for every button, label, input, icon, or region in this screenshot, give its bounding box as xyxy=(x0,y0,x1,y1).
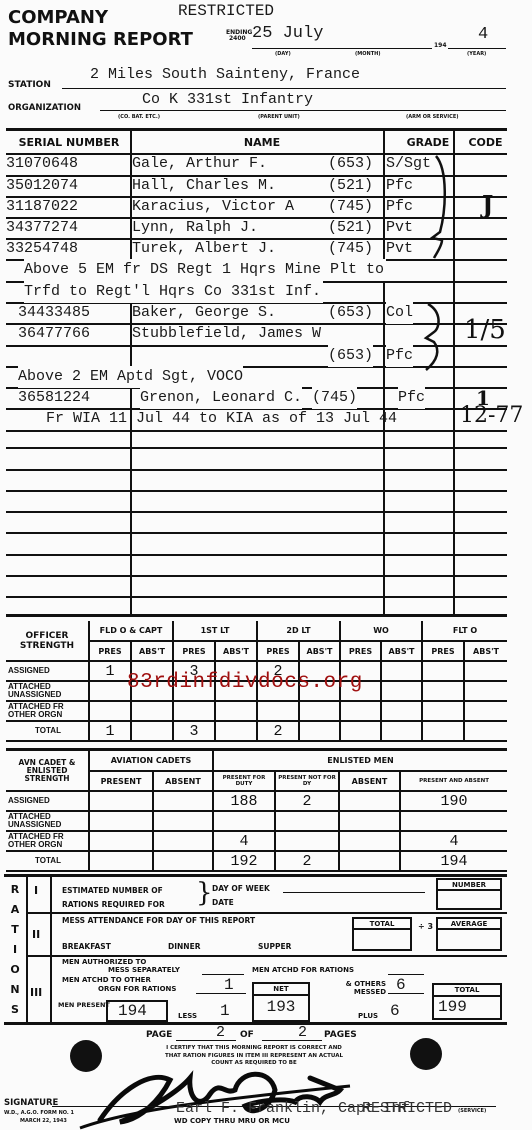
org-caption-co: (CO. BAT. ETC.) xyxy=(118,114,160,120)
value-cell xyxy=(339,831,400,851)
station-underline xyxy=(62,88,506,89)
code-handwritten: 12-77 xyxy=(460,405,523,427)
value-cell xyxy=(173,701,215,721)
men-atchd-rations-field[interactable] xyxy=(388,974,424,975)
sub-present-not-for-duty: PRESENT NOT FOR DY xyxy=(275,771,339,791)
mos-code: (521) xyxy=(328,175,373,197)
mos-code: (745) xyxy=(312,387,357,409)
rations-top-border xyxy=(4,874,507,877)
value-cell xyxy=(89,791,153,811)
less-label: LESS xyxy=(178,1012,197,1020)
grade: Col xyxy=(386,302,413,324)
value-cell: 192 xyxy=(213,851,275,871)
men-present-box[interactable]: 194 xyxy=(106,1000,168,1022)
serial-number: 34377274 xyxy=(6,217,78,239)
less-value: 1 xyxy=(220,1002,230,1020)
others-messed-label: & OTHERS MESSED xyxy=(326,980,386,996)
form-id-1: W.D., A.G.O. FORM No. 1 xyxy=(4,1110,74,1116)
mos-code: (653) xyxy=(328,345,373,367)
serial-number: 36581224 xyxy=(18,387,90,409)
value-cell xyxy=(131,701,173,721)
men-atchd-other-label-1: MEN ATCHD TO OTHER xyxy=(62,976,151,984)
roster-line xyxy=(6,511,507,513)
ending-label-2: 2400 xyxy=(226,36,252,42)
grade: Pfc xyxy=(386,196,413,218)
sub-present-and-absent: PRESENT AND ABSENT xyxy=(400,771,507,791)
value-cell xyxy=(464,701,507,721)
org-caption-arm: (ARM OR SERVICE) xyxy=(406,114,459,120)
value-cell xyxy=(422,701,464,721)
mess-separately-field[interactable] xyxy=(202,974,244,975)
enlisted-row-attached-unassigned: ATTACHED UNASSIGNED xyxy=(6,811,507,831)
soldier-name: Lynn, Ralph J. xyxy=(132,217,258,239)
grade: Pvt xyxy=(386,217,413,239)
breakfast-label: BREAKFAST xyxy=(62,942,111,951)
divide-by-three: ÷ 3 xyxy=(418,922,428,932)
rations-divider xyxy=(50,876,52,1023)
mess-total-box[interactable]: TOTAL xyxy=(352,917,412,951)
value-cell xyxy=(299,701,340,721)
sub-abst: ABS'T xyxy=(299,641,340,661)
value-cell xyxy=(257,701,299,721)
soldier-name: Hall, Charles M. xyxy=(132,175,276,197)
binder-hole-icon xyxy=(410,1038,442,1070)
row-label: TOTAL xyxy=(6,721,89,741)
roster-remark: Above 5 EM fr DS Regt 1 Hqrs Mine Plt to xyxy=(6,259,507,281)
mos-code: (745) xyxy=(328,196,373,218)
serial-number: 34433485 xyxy=(18,302,90,324)
sub-pres: PRES xyxy=(257,641,299,661)
others-messed-value: 6 xyxy=(396,976,406,994)
section-i-label: ESTIMATED NUMBER OF RATIONS REQUIRED FOR xyxy=(62,884,165,912)
roster-line xyxy=(6,490,507,492)
men-present-label: MEN PRESENT xyxy=(58,1002,110,1009)
average-box[interactable]: AVERAGE xyxy=(436,917,502,951)
enlisted-row-total: TOTAL 192 2 194 xyxy=(6,851,507,871)
serial-number: 35012074 xyxy=(6,175,78,197)
roster-line xyxy=(6,575,507,577)
net-label: NET xyxy=(254,984,308,996)
remark-text: Trfd to Regt'l Hqrs Co 331st Inf. xyxy=(24,281,323,303)
number-label: NUMBER xyxy=(438,880,500,891)
others-messed-field xyxy=(388,993,424,994)
of-label: OF xyxy=(240,1030,254,1040)
watermark: 83rdinfdivdocs.org xyxy=(127,671,363,694)
section-ii-numeral: II xyxy=(32,928,40,941)
officer-row-total: TOTAL 1 3 2 xyxy=(6,721,507,741)
value-cell xyxy=(339,811,400,831)
value-cell xyxy=(89,701,131,721)
value-cell xyxy=(422,681,464,701)
enlisted-row-attached-other: ATTACHED FR OTHER ORGN 4 4 xyxy=(6,831,507,851)
station-label: STATION xyxy=(8,80,51,90)
label-line: ESTIMATED NUMBER OF xyxy=(62,884,165,898)
side-letter: O xyxy=(8,960,22,980)
form-id-2: MARCH 22, 1943 xyxy=(20,1118,67,1124)
remark-text: Fr WIA 11 Jul 44 to KIA as of 13 Jul 44 xyxy=(46,408,397,430)
value-cell xyxy=(275,831,339,851)
value-cell: 2 xyxy=(257,721,299,741)
dinner-label: DINNER xyxy=(168,942,200,951)
net-value: 193 xyxy=(254,996,308,1018)
sub-abst: ABS'T xyxy=(215,641,257,661)
group-flt-o: FLT O xyxy=(422,621,507,641)
net-box[interactable]: NET 193 xyxy=(252,982,310,1022)
serial-number: 31070648 xyxy=(6,153,78,175)
row-label: ASSIGNED xyxy=(6,791,89,811)
men-atchd-rations-label-1: MEN ATCHD FOR RATIONS xyxy=(252,966,354,974)
side-letter: I xyxy=(8,940,22,960)
sub-abst: ABS'T xyxy=(381,641,422,661)
serial-number: 31187022 xyxy=(6,196,78,218)
side-letter: R xyxy=(8,880,22,900)
col-serial-number: SERIAL NUMBER xyxy=(6,133,132,153)
soldier-name: Baker, George S. xyxy=(132,302,276,324)
day-of-week-field[interactable] xyxy=(283,892,425,893)
value-cell: 188 xyxy=(213,791,275,811)
group-fld-o-capt: FLD O & CAPT xyxy=(89,621,173,641)
enlisted-strength-table: AVN CADET & ENLISTED STRENGTH AVIATION C… xyxy=(6,751,507,872)
average-label: AVERAGE xyxy=(438,919,500,930)
copy-note: WD COPY THRU MRU OR MCU xyxy=(174,1117,290,1125)
plus-value: 6 xyxy=(390,1002,400,1020)
station-value: 2 Miles South Sainteny, France xyxy=(90,66,360,83)
ration-total-box[interactable]: TOTAL 199 xyxy=(432,983,502,1020)
supper-label: SUPPER xyxy=(258,942,291,951)
value-cell xyxy=(213,811,275,831)
org-caption-parent: (PARENT UNIT) xyxy=(258,114,300,120)
mess-attendance-label: MESS ATTENDANCE FOR DAY OF THIS REPORT xyxy=(62,916,255,925)
value-cell xyxy=(215,701,257,721)
value-cell: 3 xyxy=(173,721,215,741)
section-i-numeral: I xyxy=(34,884,38,897)
enlisted-row-assigned: ASSIGNED 188 2 190 xyxy=(6,791,507,811)
rations-side-label: R A T I O N S xyxy=(8,880,22,1020)
officer-row-attached-other: ATTACHED FR OTHER ORGN xyxy=(6,701,507,721)
morning-report-page: COMPANY MORNING REPORT RESTRICTED ENDING… xyxy=(0,0,532,1130)
men-present-value: 194 xyxy=(108,1002,166,1020)
roster-line xyxy=(6,596,507,598)
year-underline xyxy=(448,48,506,49)
row-label: ATTACHED UNASSIGNED xyxy=(6,681,89,701)
men-atchd-other-label-2: ORGN FOR RATIONS xyxy=(98,985,176,993)
value-cell xyxy=(153,851,213,871)
value-cell: 1 xyxy=(89,661,131,681)
row-label: ATTACHED FR OTHER ORGN xyxy=(6,831,89,851)
month-caption: (MONTH) xyxy=(355,51,381,57)
sub-pres: PRES xyxy=(340,641,381,661)
service-caption: (SERVICE) xyxy=(458,1108,486,1114)
value-cell xyxy=(89,681,131,701)
remark-text: Above 5 EM fr DS Regt 1 Hqrs Mine Plt to xyxy=(24,259,386,281)
day-of-week-label: DAY OF WEEK xyxy=(212,884,270,893)
brace-icon: } xyxy=(196,880,213,906)
value-cell xyxy=(131,721,173,741)
page-field xyxy=(176,1040,236,1041)
serial-number: 33254748 xyxy=(6,238,78,260)
grade: Pvt xyxy=(386,238,413,260)
sub-pres: PRES xyxy=(173,641,215,661)
soldier-name: Gale, Arthur F. xyxy=(132,153,267,175)
row-label: ATTACHED UNASSIGNED xyxy=(6,811,89,831)
side-letter: N xyxy=(8,980,22,1000)
value-cell xyxy=(153,811,213,831)
mos-code: (653) xyxy=(328,302,373,324)
organization-label: ORGANIZATION xyxy=(8,103,81,113)
code-handwritten: J xyxy=(482,194,493,216)
form-title-line1: COMPANY xyxy=(8,8,108,28)
sub-present-for-duty: PRESENT FOR DUTY xyxy=(213,771,275,791)
sub-present: PRESENT xyxy=(89,771,153,791)
signature-label: SIGNATURE xyxy=(4,1098,58,1108)
roster-line xyxy=(6,447,507,449)
roster-remark: Fr WIA 11 Jul 44 to KIA as of 13 Jul 44 … xyxy=(6,408,507,430)
row-label: ATTACHED FR OTHER ORGN xyxy=(6,701,89,721)
remark-text: Above 2 EM Aptd Sgt, VOCO xyxy=(18,366,243,388)
plus-label: PLUS xyxy=(358,1012,378,1020)
value-cell: 2 xyxy=(275,851,339,871)
roster-line xyxy=(6,430,507,432)
brace-mark-icon xyxy=(428,150,468,260)
value-cell xyxy=(381,701,422,721)
men-atchd-other-value: 1 xyxy=(224,976,234,994)
group-2d-lt: 2D LT xyxy=(257,621,340,641)
value-cell xyxy=(153,831,213,851)
grade: Pfc xyxy=(398,387,425,409)
form-title-line2: MORNING REPORT xyxy=(8,30,193,50)
value-cell xyxy=(381,721,422,741)
value-cell: 1 xyxy=(89,721,131,741)
mos-code: (521) xyxy=(328,217,373,239)
sub-abst: ABS'T xyxy=(131,641,173,661)
value-cell xyxy=(339,851,400,871)
value-cell xyxy=(299,721,340,741)
value-cell xyxy=(422,721,464,741)
ending-label: ENDING 2400 xyxy=(226,30,252,42)
of-value: 2 xyxy=(298,1024,307,1041)
men-authorized-label-2: MESS SEPARATELY xyxy=(108,966,180,974)
day-caption: (DAY) xyxy=(275,51,291,57)
value-cell xyxy=(464,681,507,701)
sub-abst: ABS'T xyxy=(464,641,507,661)
value-cell: 4 xyxy=(213,831,275,851)
value-cell xyxy=(464,721,507,741)
row-label: TOTAL xyxy=(6,851,89,871)
group-wo: WO xyxy=(340,621,422,641)
of-field xyxy=(262,1040,322,1041)
year-value: 4 xyxy=(478,25,488,44)
roster-line xyxy=(6,532,507,534)
value-cell xyxy=(339,791,400,811)
men-atchd-other-field xyxy=(196,993,246,994)
value-cell xyxy=(381,681,422,701)
value-cell xyxy=(89,811,153,831)
col-name: NAME xyxy=(132,133,392,153)
brace-mark-icon xyxy=(420,302,460,372)
rations-divider xyxy=(26,876,28,1023)
rations-bottom-border xyxy=(4,1022,507,1025)
organization-value: Co K 331st Infantry xyxy=(142,91,313,108)
value-cell xyxy=(275,811,339,831)
value-cell xyxy=(400,811,507,831)
mos-code: (745) xyxy=(328,238,373,260)
rations-row-divider xyxy=(26,955,507,957)
number-box[interactable]: NUMBER xyxy=(436,878,502,910)
enlisted-strength-title: AVN CADET & ENLISTED STRENGTH xyxy=(6,751,89,791)
value-cell: 2 xyxy=(275,791,339,811)
group-aviation-cadets: AVIATION CADETS xyxy=(89,751,213,771)
rations-row-divider xyxy=(26,912,507,914)
date-value: 25 July xyxy=(252,24,323,43)
mos-code: (653) xyxy=(328,153,373,175)
value-cell xyxy=(340,701,381,721)
value-cell xyxy=(89,831,153,851)
value-cell: 4 xyxy=(400,831,507,851)
sub-absent: ABSENT xyxy=(153,771,213,791)
value-cell xyxy=(422,661,464,681)
section-iii-numeral: III xyxy=(30,986,42,999)
roster-bottom-border xyxy=(6,614,507,617)
roster-top-border xyxy=(6,128,507,131)
roster-line xyxy=(6,469,507,471)
group-1st-lt: 1ST LT xyxy=(173,621,257,641)
sub-pres: PRES xyxy=(89,641,131,661)
officer-strength-title: OFFICER STRENGTH xyxy=(6,621,89,661)
page-value: 2 xyxy=(216,1024,225,1041)
value-cell xyxy=(381,661,422,681)
col-code: CODE xyxy=(464,133,507,153)
year-caption: (YEAR) xyxy=(467,51,486,57)
value-cell xyxy=(89,851,153,871)
classification-bottom: RESTRICTED xyxy=(362,1100,452,1117)
serial-number: 36477766 xyxy=(18,323,90,345)
sub-absent: ABSENT xyxy=(339,771,400,791)
grade: Pfc xyxy=(386,345,413,367)
soldier-name: Karacius, Victor A xyxy=(132,196,294,218)
date-underline xyxy=(252,48,432,49)
roster-remark: Trfd to Regt'l Hqrs Co 331st Inf. xyxy=(6,281,507,303)
year-prefix: 194 xyxy=(434,42,447,49)
men-authorized-label-1: MEN AUTHORIZED TO xyxy=(62,958,146,966)
soldier-name: Stubblefield, James W xyxy=(132,323,321,345)
page-label: PAGE xyxy=(146,1030,172,1040)
sub-pres: PRES xyxy=(422,641,464,661)
code-handwritten: 1/5 xyxy=(464,319,506,341)
value-cell xyxy=(215,721,257,741)
ration-total-label: TOTAL xyxy=(434,985,500,997)
grade: S/Sgt xyxy=(386,153,431,175)
side-letter: T xyxy=(8,920,22,940)
label-line: RATIONS REQUIRED FOR xyxy=(62,898,165,912)
value-cell: 190 xyxy=(400,791,507,811)
classification-top: RESTRICTED xyxy=(178,2,274,20)
date-label: DATE xyxy=(212,898,234,907)
group-enlisted-men: ENLISTED MEN xyxy=(213,751,507,771)
side-letter: S xyxy=(8,1000,22,1020)
roster-entry: 36581224 Grenon, Leonard C. (745) Pfc 1 xyxy=(6,387,507,409)
soldier-name: Grenon, Leonard C. xyxy=(140,387,302,409)
value-cell xyxy=(340,721,381,741)
soldier-name: Turek, Albert J. xyxy=(132,238,276,260)
organization-underline xyxy=(100,110,506,111)
pages-label: PAGES xyxy=(324,1030,357,1040)
roster-line xyxy=(6,554,507,556)
value-cell: 194 xyxy=(400,851,507,871)
row-label: ASSIGNED xyxy=(6,661,89,681)
grade: Pfc xyxy=(386,175,413,197)
ration-total-value: 199 xyxy=(434,997,500,1017)
value-cell xyxy=(464,661,507,681)
side-letter: A xyxy=(8,900,22,920)
total-label: TOTAL xyxy=(354,919,410,930)
value-cell xyxy=(153,791,213,811)
